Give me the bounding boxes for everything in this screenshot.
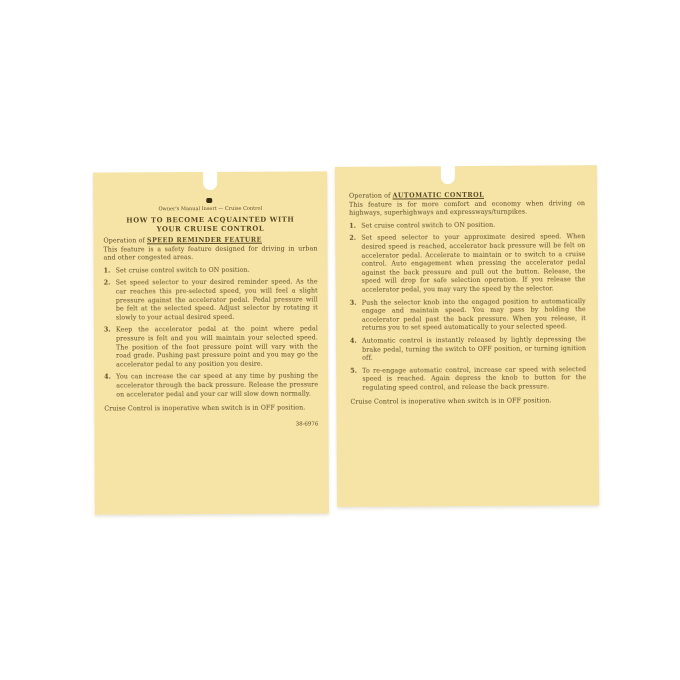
step-item: 4.You can increase the car speed at any … [104, 373, 318, 400]
step-number: 4. [350, 338, 362, 364]
section-prefix: Operation of [103, 237, 144, 244]
step-item: 4.Automatic control is instantly release… [350, 336, 586, 363]
step-text: Automatic control is instantly released … [362, 336, 586, 363]
step-item: 2.Set speed selector to your desired rem… [104, 279, 318, 323]
steps-list: 1.Set cruise control switch to ON positi… [104, 266, 319, 399]
step-number: 4. [104, 374, 116, 400]
step-item: 1.Set cruise control switch to ON positi… [349, 221, 585, 231]
steps-list: 1.Set cruise control switch to ON positi… [349, 221, 586, 393]
step-text: Set speed selector to your desired remin… [116, 279, 318, 323]
step-text: Push the selector knob into the engaged … [362, 298, 586, 334]
step-text: Set cruise control switch to ON position… [361, 221, 585, 231]
step-number: 5. [350, 367, 362, 393]
step-text: Set speed selector to your approximate d… [361, 234, 585, 296]
section-prefix: Operation of [349, 193, 390, 200]
step-number: 3. [104, 327, 116, 370]
footer-note: Cruise Control is inoperative when switc… [104, 405, 318, 415]
rivet-mark [206, 198, 212, 203]
instruction-card-automatic-control: Operation of AUTOMATIC CONTROL This feat… [335, 165, 599, 507]
step-text: Keep the accelerator pedal at the point … [116, 326, 318, 370]
intro-text: This feature is a safety feature designe… [103, 245, 317, 263]
intro-text: This feature is for more comfort and eco… [349, 200, 585, 219]
card-caption: Owner's Manual Insert — Cruise Control [103, 205, 317, 213]
section-title: SPEED REMINDER FEATURE [147, 237, 262, 245]
step-item: 5.To re-engage automatic control, increa… [350, 366, 586, 393]
part-code: 38-6976 [104, 421, 318, 428]
step-number: 1. [104, 267, 116, 276]
hanger-hole [441, 164, 455, 184]
footer-note: Cruise Control is inoperative when switc… [350, 398, 586, 408]
card-title-line-2: YOUR CRUISE CONTROL [103, 224, 317, 234]
step-item: 1.Set cruise control switch to ON positi… [104, 266, 318, 276]
step-text: Set cruise control switch to ON position… [116, 266, 318, 276]
section-title: AUTOMATIC CONTROL [393, 192, 485, 200]
hanger-hole [203, 170, 217, 190]
step-item: 3.Keep the accelerator pedal at the poin… [104, 326, 318, 370]
step-item: 3.Push the selector knob into the engage… [350, 298, 586, 334]
step-number: 2. [104, 280, 116, 323]
step-number: 1. [349, 223, 361, 232]
step-number: 2. [349, 235, 361, 295]
step-text: To re-engage automatic control, increase… [362, 366, 586, 393]
step-item: 2.Set speed selector to your approximate… [349, 234, 585, 296]
instruction-card-speed-reminder: Owner's Manual Insert — Cruise Control H… [93, 171, 329, 514]
step-number: 3. [350, 299, 362, 333]
step-text: You can increase the car speed at any ti… [116, 373, 318, 400]
